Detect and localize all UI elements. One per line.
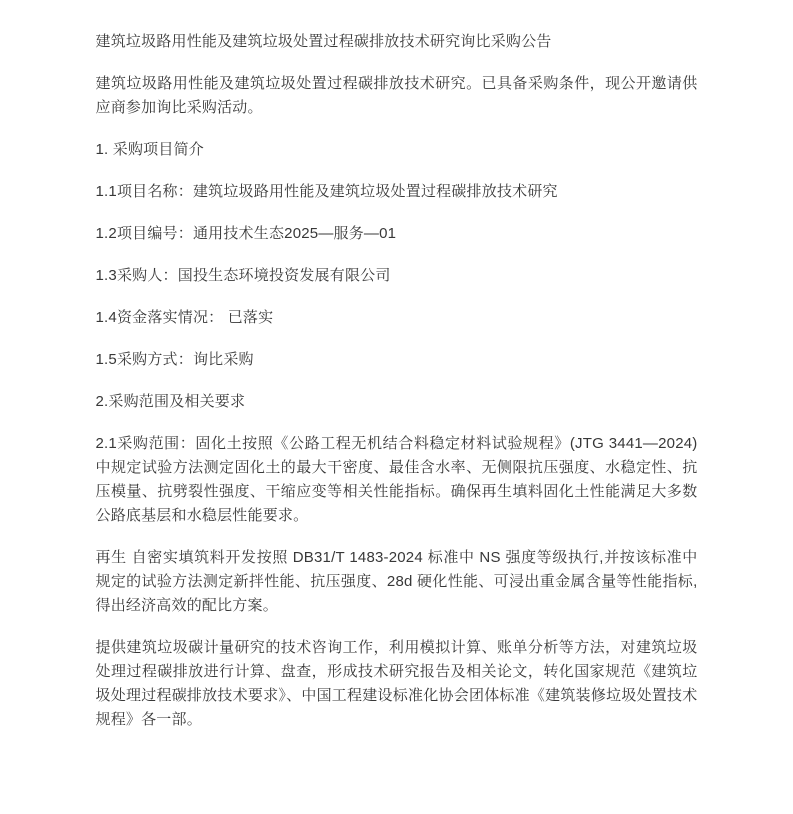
section2-heading: 2.采购范围及相关要求 <box>96 390 698 414</box>
item-procurement-method: 1.5采购方式：询比采购 <box>96 348 698 372</box>
procurement-announcement-document: 建筑垃圾路用性能及建筑垃圾处置过程碳排放技术研究询比采购公告 建筑垃圾路用性能及… <box>96 0 698 732</box>
para-procurement-scope: 2.1采购范围：固化土按照《公路工程无机结合料稳定材料试验规程》(JTG 344… <box>96 432 698 528</box>
doc-title: 建筑垃圾路用性能及建筑垃圾处置过程碳排放技术研究询比采购公告 <box>96 30 698 54</box>
item-purchaser: 1.3采购人：国投生态环境投资发展有限公司 <box>96 264 698 288</box>
item-funding-status: 1.4资金落实情况： 已落实 <box>96 306 698 330</box>
item-project-name: 1.1项目名称：建筑垃圾路用性能及建筑垃圾处置过程碳排放技术研究 <box>96 180 698 204</box>
doc-intro-paragraph: 建筑垃圾路用性能及建筑垃圾处置过程碳排放技术研究。已具备采购条件，现公开邀请供应… <box>96 72 698 120</box>
item-project-number: 1.2项目编号：通用技术生态2025—服务—01 <box>96 222 698 246</box>
para-backfill-material: 再生 自密实填筑料开发按照 DB31/T 1483-2024 标准中 NS 强度… <box>96 546 698 618</box>
para-carbon-accounting: 提供建筑垃圾碳计量研究的技术咨询工作，利用模拟计算、账单分析等方法，对建筑垃圾处… <box>96 636 698 732</box>
section1-heading: 1. 采购项目简介 <box>96 138 698 162</box>
